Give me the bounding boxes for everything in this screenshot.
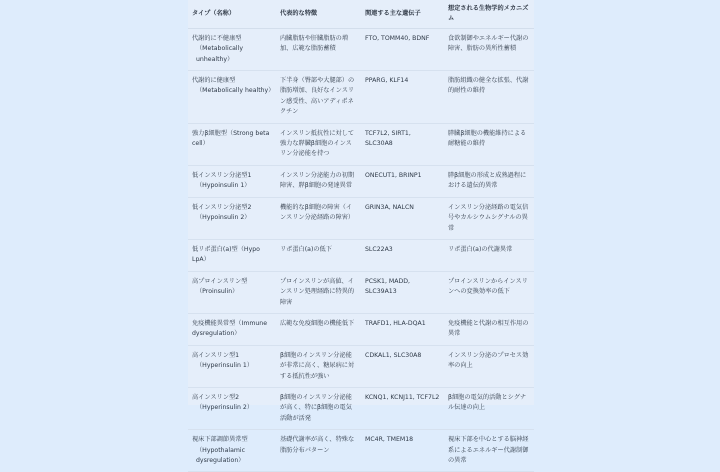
type-name-en: （Hypoinsulin 1） — [192, 181, 272, 191]
cell-mechanism: 免疫機能と代謝の相互作用の異常 — [444, 313, 534, 345]
cell-type: 低インスリン分泌型1（Hypoinsulin 1） — [188, 165, 276, 197]
cell-mechanism: 膵臓β細胞の機能維持による耐糖能の維持 — [444, 123, 534, 165]
cell-features: 広範な免疫細胞の機能低下 — [276, 313, 361, 345]
type-name-ja: 高インスリン型1 — [192, 352, 239, 359]
cell-type: 低インスリン分泌型2（Hypoinsulin 2） — [188, 197, 276, 239]
type-name-ja: 代謝的に不健康型 — [192, 35, 242, 42]
table-header-row: タイプ（名称） 代表的な特徴 関連する主な遺伝子 想定される生物学的メカニズム — [188, 0, 534, 28]
cell-type: 代謝的に健康型（Metabolically healthy） — [188, 71, 276, 124]
table-row: 高インスリン型2（Hyperinsulin 2） β細胞のインスリン分泌能が高く… — [188, 387, 534, 405]
cell-features: プロインスリンが高値、インスリン処理経路に特異的障害 — [276, 271, 361, 313]
table-row: 代謝的に健康型（Metabolically healthy） 下半身（臀部や大腿… — [188, 71, 534, 124]
table-container: タイプ（名称） 代表的な特徴 関連する主な遺伝子 想定される生物学的メカニズム … — [188, 0, 534, 405]
type-name-en: （Metabolically healthy） — [192, 86, 272, 96]
cell-features: 内臓脂肪や肝臓脂肪の増加、広範な脂肪蓄積 — [276, 28, 361, 70]
cell-mechanism: リポ蛋白(a)の代謝異常 — [444, 239, 534, 271]
header-features: 代表的な特徴 — [276, 0, 361, 28]
table-row: 免疫機能異常型（Immune dysregulation） 広範な免疫細胞の機能… — [188, 313, 534, 345]
type-name-ja: 低リポ蛋白(a)型（Hypo LpA） — [192, 246, 260, 263]
cell-genes: TCF7L2, SIRT1, SLC30A8 — [361, 123, 444, 165]
cell-genes: KCNQ1, KCNJ11, TCF7L2 — [361, 387, 444, 405]
cell-type: 高インスリン型2（Hyperinsulin 2） — [188, 387, 276, 405]
table-row: 低インスリン分泌型2（Hypoinsulin 2） 機能的なβ細胞の障害（インス… — [188, 197, 534, 239]
cell-features: β細胞のインスリン分泌能が非常に高く、糖尿病に対する抵抗性が強い — [276, 345, 361, 387]
cell-type: 低リポ蛋白(a)型（Hypo LpA） — [188, 239, 276, 271]
table-body: 代謝的に不健康型（Metabolically unhealthy） 内臓脂肪や肝… — [188, 28, 534, 405]
type-name-en: （Proinsulin） — [192, 287, 272, 297]
cell-mechanism: 食欲制御やエネルギー代謝の障害、脂肪の異所性蓄積 — [444, 28, 534, 70]
type-name-en: （Metabolically unhealthy） — [192, 44, 272, 65]
obesity-subtype-table: タイプ（名称） 代表的な特徴 関連する主な遺伝子 想定される生物学的メカニズム … — [188, 0, 534, 405]
cell-mechanism: プロインスリンからインスリンへの変換効率の低下 — [444, 271, 534, 313]
table-row: 低インスリン分泌型1（Hypoinsulin 1） インスリン分泌能力の初期障害… — [188, 165, 534, 197]
type-name-en: （Hyperinsulin 1） — [192, 361, 272, 371]
cell-genes: PPARG, KLF14 — [361, 71, 444, 124]
table-row: 強力β細胞型（Strong beta cell） インスリン抵抗性に対して強力な… — [188, 123, 534, 165]
cell-features: β細胞のインスリン分泌能が高く、特にβ細胞の電気活動が活発 — [276, 387, 361, 405]
cell-mechanism: インスリン分泌のプロセス効率の向上 — [444, 345, 534, 387]
cell-features: 機能的なβ細胞の障害（インスリン分泌経路の障害） — [276, 197, 361, 239]
type-name-en: （Hypoinsulin 2） — [192, 213, 272, 223]
cell-type: 免疫機能異常型（Immune dysregulation） — [188, 313, 276, 345]
cell-type: 高プロインスリン型（Proinsulin） — [188, 271, 276, 313]
cell-genes: GRIN3A, NALCN — [361, 197, 444, 239]
cell-features: インスリン抵抗性に対して強力な膵臓β細胞のインスリン分泌能を持つ — [276, 123, 361, 165]
table-row: 低リポ蛋白(a)型（Hypo LpA） リポ蛋白(a)の低下 SLC22A3 リ… — [188, 239, 534, 271]
cell-genes: FTO, TOMM40, BDNF — [361, 28, 444, 70]
header-type: タイプ（名称） — [188, 0, 276, 28]
table-row: 代謝的に不健康型（Metabolically unhealthy） 内臓脂肪や肝… — [188, 28, 534, 70]
type-name-ja: 低インスリン分泌型1 — [192, 172, 251, 179]
cell-mechanism: インスリン分泌経路の電気信号やカルシウムシグナルの異常 — [444, 197, 534, 239]
cell-genes: SLC22A3 — [361, 239, 444, 271]
type-name-ja: 低インスリン分泌型2 — [192, 204, 251, 211]
table-row: 高インスリン型1（Hyperinsulin 1） β細胞のインスリン分泌能が非常… — [188, 345, 534, 387]
cell-type: 高インスリン型1（Hyperinsulin 1） — [188, 345, 276, 387]
header-genes: 関連する主な遺伝子 — [361, 0, 444, 28]
type-name-ja: 免疫機能異常型（Immune dysregulation） — [192, 320, 267, 337]
table-row: 高プロインスリン型（Proinsulin） プロインスリンが高値、インスリン処理… — [188, 271, 534, 313]
cell-mechanism: 脂肪組織の健全な拡張、代謝的耐性の維持 — [444, 71, 534, 124]
cell-genes: ONECUT1, BRINP1 — [361, 165, 444, 197]
cell-features: 下半身（臀部や大腿部）の脂肪増加、良好なインスリン感受性、高いアディポネクチン — [276, 71, 361, 124]
type-name-ja: 代謝的に健康型 — [192, 77, 235, 84]
cell-genes: TRAFD1, HLA-DQA1 — [361, 313, 444, 345]
type-name-ja: 高プロインスリン型 — [192, 278, 247, 285]
cell-genes: CDKAL1, SLC30A8 — [361, 345, 444, 387]
cell-features: リポ蛋白(a)の低下 — [276, 239, 361, 271]
type-name-ja: 高インスリン型2 — [192, 394, 239, 401]
cell-type: 代謝的に不健康型（Metabolically unhealthy） — [188, 28, 276, 70]
cell-mechanism: β細胞の電気的活動とシグナル伝達の向上 — [444, 387, 534, 405]
header-mechanism: 想定される生物学的メカニズム — [444, 0, 534, 28]
cell-genes: PCSK1, MADD, SLC39A13 — [361, 271, 444, 313]
cell-type: 強力β細胞型（Strong beta cell） — [188, 123, 276, 165]
type-name-ja: 強力β細胞型（Strong beta cell） — [192, 130, 269, 147]
cell-features: インスリン分泌能力の初期障害、膵β細胞の発達異常 — [276, 165, 361, 197]
cell-mechanism: 膵β細胞の形成と成熟過程における遺伝的異常 — [444, 165, 534, 197]
